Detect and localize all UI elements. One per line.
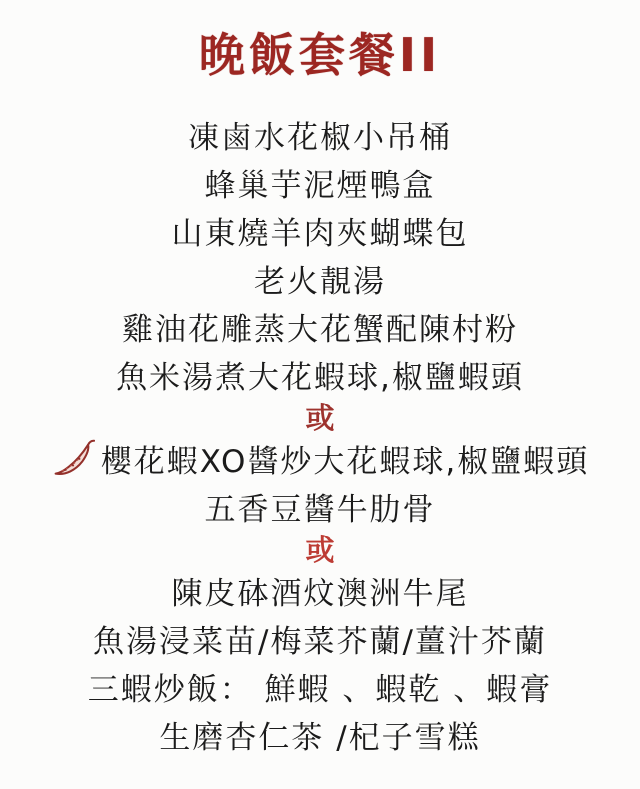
menu-item-label: 五香豆醬牛肋骨 bbox=[205, 484, 436, 529]
menu-item-label: 蜂巢芋泥煙鴨盒 bbox=[205, 160, 436, 205]
menu-item: 凍鹵水花椒小吊桶 bbox=[0, 110, 640, 158]
menu-item-label: 櫻花蝦XO醬炒大花蝦球,椒鹽蝦頭 bbox=[101, 436, 590, 481]
menu-list: 凍鹵水花椒小吊桶 蜂巢芋泥煙鴨盒 山東燒羊肉夾蝴蝶包 老火靚湯 雞油花雕蒸大花蟹… bbox=[0, 110, 640, 758]
chili-pepper-icon bbox=[51, 436, 95, 480]
menu-item: 五香豆醬牛肋骨 bbox=[0, 482, 640, 530]
dinner-set-menu-page: 晚飯套餐II 凍鹵水花椒小吊桶 蜂巢芋泥煙鴨盒 山東燒羊肉夾蝴蝶包 老火靚湯 雞… bbox=[0, 0, 640, 789]
menu-item: 老火靚湯 bbox=[0, 254, 640, 302]
menu-item: 魚湯浸菜苗/梅菜芥蘭/薑汁芥蘭 bbox=[0, 614, 640, 662]
menu-item: 蜂巢芋泥煙鴨盒 bbox=[0, 158, 640, 206]
menu-item-label: 雞油花雕蒸大花蟹配陳村粉 bbox=[122, 304, 518, 349]
menu-item-label: 魚湯浸菜苗/梅菜芥蘭/薑汁芥蘭 bbox=[93, 616, 547, 661]
menu-item: 雞油花雕蒸大花蟹配陳村粉 bbox=[0, 302, 640, 350]
menu-item-label: 魚米湯煮大花蝦球,椒鹽蝦頭 bbox=[116, 352, 524, 397]
menu-item-label: 生磨杏仁茶 /杞子雪糕 bbox=[159, 712, 480, 757]
or-separator: 或 bbox=[0, 398, 640, 434]
menu-item-label: 凍鹵水花椒小吊桶 bbox=[188, 112, 452, 157]
or-separator-label: 或 bbox=[305, 396, 334, 437]
menu-item: 山東燒羊肉夾蝴蝶包 bbox=[0, 206, 640, 254]
menu-item: 生磨杏仁茶 /杞子雪糕 bbox=[0, 710, 640, 758]
menu-item-label: 三蝦炒飯： 鮮蝦 、蝦乾 、蝦膏 bbox=[88, 664, 553, 709]
or-separator-label: 或 bbox=[305, 528, 334, 569]
menu-item: 三蝦炒飯： 鮮蝦 、蝦乾 、蝦膏 bbox=[0, 662, 640, 710]
page-title: 晚飯套餐II bbox=[199, 22, 441, 82]
menu-item-label: 老火靚湯 bbox=[254, 256, 386, 301]
or-separator: 或 bbox=[0, 530, 640, 566]
menu-item: 陳皮砵酒炆澳洲牛尾 bbox=[0, 566, 640, 614]
menu-item: 魚米湯煮大花蝦球,椒鹽蝦頭 bbox=[0, 350, 640, 398]
menu-item-label: 山東燒羊肉夾蝴蝶包 bbox=[172, 208, 469, 253]
menu-item-label: 陳皮砵酒炆澳洲牛尾 bbox=[172, 568, 469, 613]
menu-item-spicy: 櫻花蝦XO醬炒大花蝦球,椒鹽蝦頭 bbox=[0, 434, 640, 482]
